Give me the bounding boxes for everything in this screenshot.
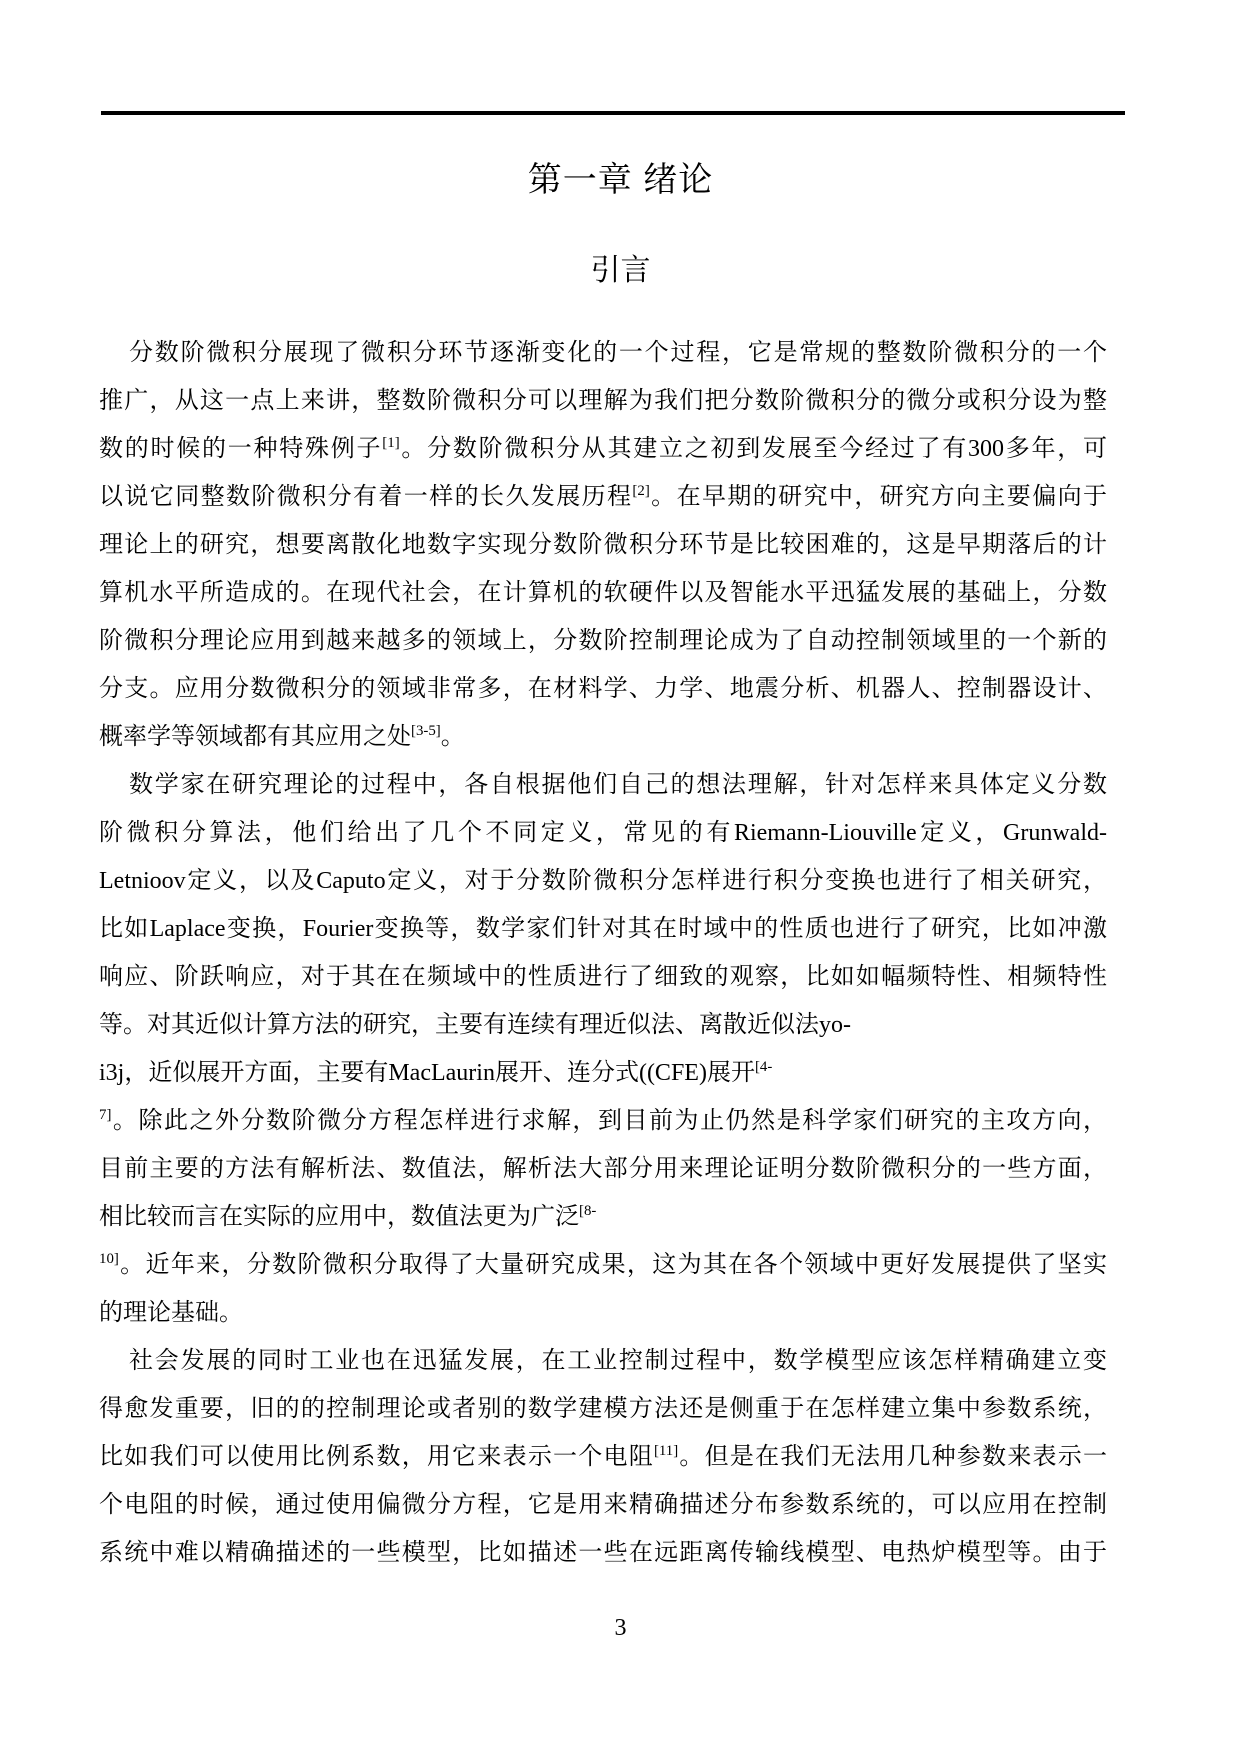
text-line: 推广，从这一点上来讲，整数阶微积分可以理解为我们把分数阶微积分的微分或积分设为整 (99, 377, 1107, 425)
text-line: 个电阻的时候，通过使用偏微分方程，它是用来精确描述分布参数系统的，可以应用在控制 (99, 1481, 1107, 1529)
citation-superscript: [3-5] (411, 723, 441, 739)
header-rule (101, 111, 1125, 115)
text-line: i3j，近似展开方面，主要有MacLaurin展开、连分式((CFE)展开[4- (99, 1049, 1107, 1097)
page-number: 3 (0, 1615, 1241, 1642)
document-page: 第一章 绪论 引言 分数阶微积分展现了微积分环节逐渐变化的一个过程，它是常规的整… (0, 0, 1241, 1754)
citation-superscript: [4- (755, 1059, 772, 1075)
citation-superscript: 7] (99, 1107, 111, 1123)
text-line: 得愈发重要，旧的的控制理论或者别的数学建模方法还是侧重于在怎样建立集中参数系统， (99, 1385, 1107, 1433)
text-line: 分数阶微积分展现了微积分环节逐渐变化的一个过程，它是常规的整数阶微积分的一个 (99, 329, 1107, 377)
text-line: 理论上的研究，想要离散化地数字实现分数阶微积分环节是比较困难的，这是早期落后的计 (99, 521, 1107, 569)
text-line: 数学家在研究理论的过程中，各自根据他们自己的想法理解，针对怎样来具体定义分数 (99, 761, 1107, 809)
citation-superscript: [8- (579, 1203, 596, 1219)
text-line: 目前主要的方法有解析法、数值法，解析法大部分用来理论证明分数阶微积分的一些方面， (99, 1145, 1107, 1193)
text-line: 阶微积分理论应用到越来越多的领域上，分数阶控制理论成为了自动控制领域里的一个新的 (99, 617, 1107, 665)
citation-superscript: [2] (632, 483, 649, 499)
text-line: 阶微积分算法，他们给出了几个不同定义，常见的有Riemann-Liouville… (99, 809, 1107, 857)
text-line: 社会发展的同时工业也在迅猛发展，在工业控制过程中，数学模型应该怎样精确建立变 (99, 1337, 1107, 1385)
text-line: Letnioov定义，以及Caputo定义，对于分数阶微积分怎样进行积分变换也进… (99, 857, 1107, 905)
text-line: 的理论基础。 (99, 1289, 1107, 1337)
body-text: 分数阶微积分展现了微积分环节逐渐变化的一个过程，它是常规的整数阶微积分的一个推广… (99, 329, 1107, 1577)
citation-superscript: [1] (382, 435, 399, 451)
text-line: 分支。应用分数微积分的领域非常多，在材料学、力学、地震分析、机器人、控制器设计、 (99, 665, 1107, 713)
citation-superscript: [11] (654, 1443, 678, 1459)
text-line: 算机水平所造成的。在现代社会，在计算机的软硬件以及智能水平迅猛发展的基础上，分数 (99, 569, 1107, 617)
text-line: 以说它同整数阶微积分有着一样的长久发展历程[2]。在早期的研究中，研究方向主要偏… (99, 473, 1107, 521)
text-line: 7]。除此之外分数阶微分方程怎样进行求解，到目前为止仍然是科学家们研究的主攻方向… (99, 1097, 1107, 1145)
text-line: 响应、阶跃响应，对于其在在频域中的性质进行了细致的观察，比如如幅频特性、相频特性 (99, 953, 1107, 1001)
section-title: 引言 (0, 245, 1241, 289)
text-line: 相比较而言在实际的应用中，数值法更为广泛[8- (99, 1193, 1107, 1241)
text-line: 概率学等领域都有其应用之处[3-5]。 (99, 713, 1107, 761)
text-line: 10]。近年来，分数阶微积分取得了大量研究成果，这为其在各个领域中更好发展提供了… (99, 1241, 1107, 1289)
text-line: 比如我们可以使用比例系数，用它来表示一个电阻[11]。但是在我们无法用几种参数来… (99, 1433, 1107, 1481)
text-line: 数的时候的一种特殊例子[1]。分数阶微积分从其建立之初到发展至今经过了有300多… (99, 425, 1107, 473)
text-line: 比如Laplace变换，Fourier变换等，数学家们针对其在时域中的性质也进行… (99, 905, 1107, 953)
citation-superscript: 10] (99, 1251, 119, 1267)
text-line: 系统中难以精确描述的一些模型，比如描述一些在远距离传输线模型、电热炉模型等。由于 (99, 1529, 1107, 1577)
text-line: 等。对其近似计算方法的研究，主要有连续有理近似法、离散近似法yo- (99, 1001, 1107, 1049)
chapter-title: 第一章 绪论 (0, 152, 1241, 201)
